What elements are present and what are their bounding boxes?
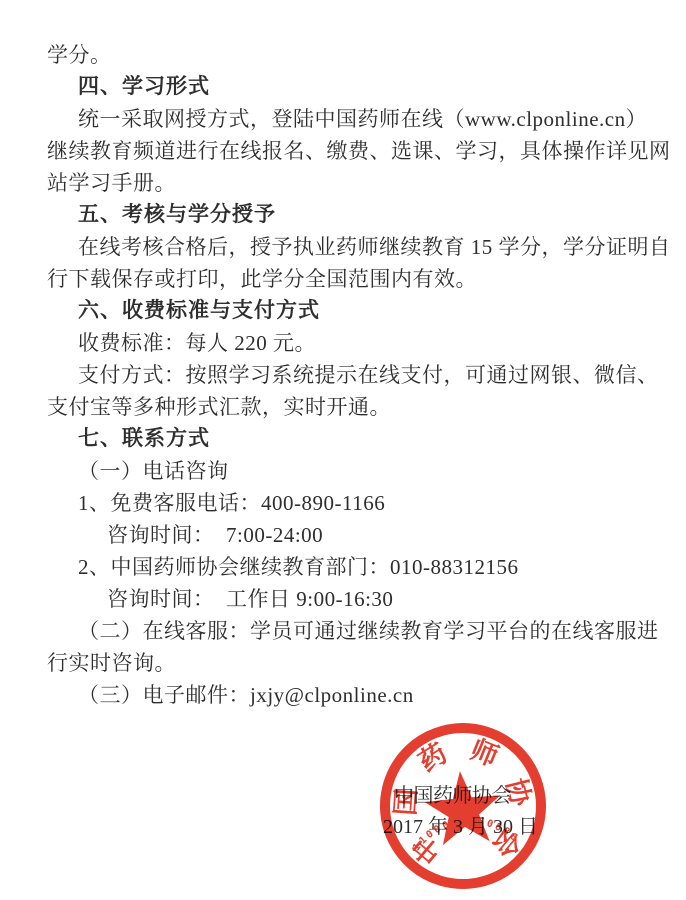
document-page: 学分。四、学习形式统一采取网授方式，登陆中国药师在线（www.clponline… — [0, 0, 686, 900]
text-line: 咨询时间： 工作日 9:00-16:30 — [47, 583, 651, 615]
text-line: 统一采取网授方式，登陆中国药师在线（www.clponline.cn） — [47, 103, 651, 135]
official-seal: 中 国 药 师 协 会 1100000160886 — [371, 714, 555, 898]
text-line: 2、中国药师协会继续教育部门：010-88312156 — [47, 551, 651, 583]
text-line: 收费标准：每人 220 元。 — [47, 327, 651, 359]
text-line: 支付宝等多种形式汇款，实时开通。 — [47, 391, 651, 423]
text-line: 咨询时间： 7:00-24:00 — [47, 519, 651, 551]
text-line: 站学习手册。 — [47, 167, 651, 199]
document-body: 学分。四、学习形式统一采取网授方式，登陆中国药师在线（www.clponline… — [47, 39, 651, 711]
text-line: 行下载保存或打印，此学分全国范围内有效。 — [47, 263, 651, 295]
section-heading: 四、学习形式 — [47, 71, 651, 103]
seal-ring-char: 国 — [390, 788, 422, 817]
text-line: 继续教育频道进行在线报名、缴费、选课、学习，具体操作详见网 — [47, 135, 651, 167]
text-line: 学分。 — [47, 39, 651, 71]
text-line: 在线考核合格后，授予执业药师继续教育 15 学分，学分证明自 — [47, 231, 651, 263]
section-heading: 七、联系方式 — [47, 423, 651, 455]
text-line: 行实时咨询。 — [47, 647, 651, 679]
text-line: 支付方式：按照学习系统提示在线支付，可通过网银、微信、 — [47, 359, 651, 391]
seal-ring-char: 协 — [500, 775, 536, 809]
text-line: （二）在线客服：学员可通过继续教育学习平台的在线客服进 — [47, 615, 651, 647]
section-heading: 六、收费标准与支付方式 — [47, 295, 651, 327]
text-line: （一）电话咨询 — [47, 455, 651, 487]
text-line: 1、免费客服电话：400-890-1166 — [47, 487, 651, 519]
section-heading: 五、考核与学分授予 — [47, 199, 651, 231]
text-line: （三）电子邮件：jxjy@clponline.cn — [47, 679, 651, 711]
